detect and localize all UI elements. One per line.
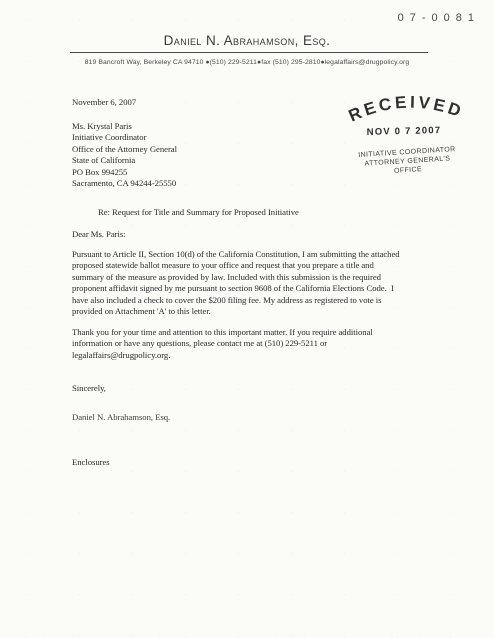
recipient-address-block: Ms. Krystal Paris Initiative Coordinator… bbox=[72, 121, 177, 189]
letterhead-name: Daniel N. Abrahamson, Esq. bbox=[0, 33, 494, 48]
body-paragraph-2: Thank you for your time and attention to… bbox=[72, 327, 373, 361]
case-number: 07-0081 bbox=[398, 12, 480, 24]
stamp-office-block: INITIATIVE COORDINATOR ATTORNEY GENERAL'… bbox=[349, 145, 465, 179]
scanned-letter-page: 07-0081 Daniel N. Abrahamson, Esq. 819 B… bbox=[0, 0, 494, 638]
received-stamp: RECEIVED NOV 0 7 2007 INITIATIVE COORDIN… bbox=[344, 90, 494, 180]
closing: Sincerely, bbox=[72, 383, 106, 394]
salutation: Dear Ms. Paris: bbox=[72, 229, 126, 240]
body-paragraph-1: Pursuant to Article II, Section 10(d) of… bbox=[72, 249, 400, 317]
subject-line: Re: Request for Title and Summary for Pr… bbox=[98, 207, 299, 218]
svg-text:RECEIVED: RECEIVED bbox=[346, 93, 465, 126]
letterhead-contact-line: 819 Bancroft Way, Berkeley CA 94710 ●(51… bbox=[0, 59, 494, 66]
signature-typed-name: Daniel N. Abrahamson, Esq. bbox=[72, 412, 170, 423]
letterhead-rule bbox=[70, 52, 428, 53]
letter-date: November 6, 2007 bbox=[72, 97, 136, 108]
received-stamp-text: RECEIVED bbox=[346, 93, 465, 126]
enclosures-label: Enclosures bbox=[72, 457, 110, 468]
stamp-date: NOV 0 7 2007 bbox=[344, 124, 464, 138]
